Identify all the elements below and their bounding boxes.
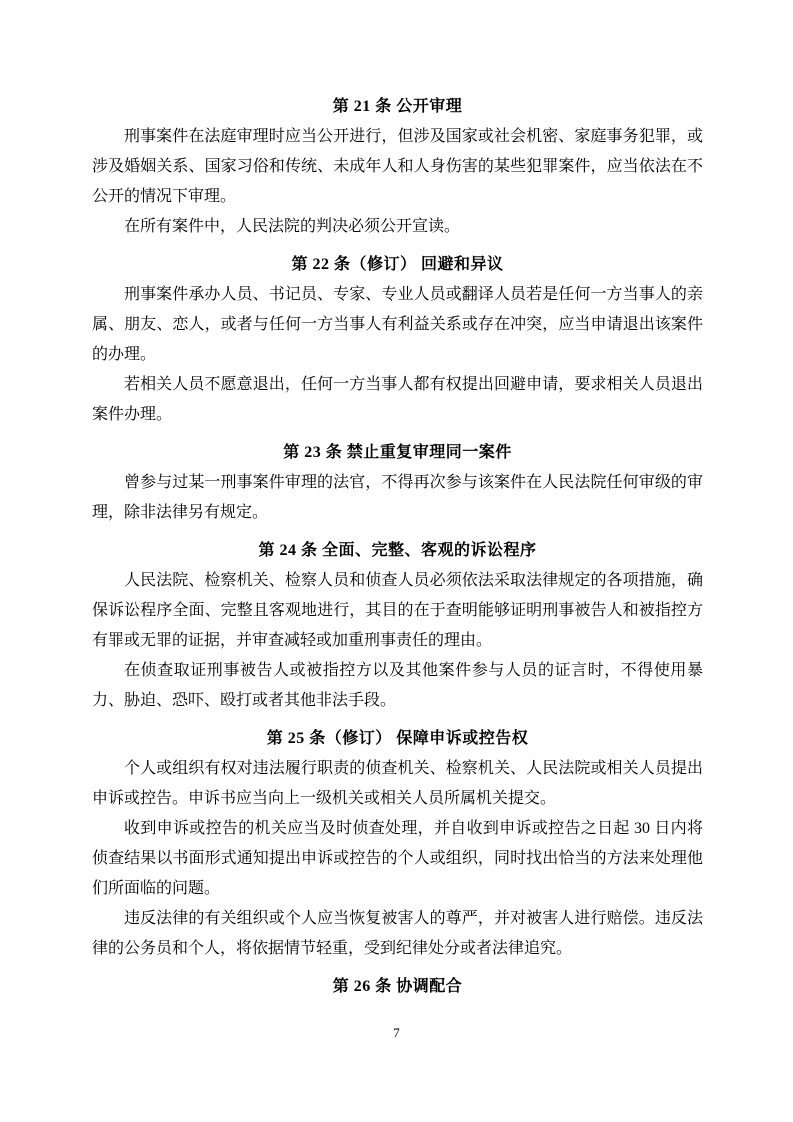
- article-paragraph: 刑事案件在法庭审理时应当公开进行，但涉及国家或社会机密、家庭事务犯罪，或涉及婚姻…: [92, 122, 703, 212]
- page-number: 7: [393, 1025, 400, 1040]
- article-24-heading: 第 24 条 全面、完整、客观的诉讼程序: [92, 536, 703, 566]
- document-page: 第 21 条 公开审理 刑事案件在法庭审理时应当公开进行，但涉及国家或社会机密、…: [0, 0, 793, 1122]
- article-paragraph: 刑事案件承办人员、书记员、专家、专业人员或翻译人员若是任何一方当事人的亲属、朋友…: [92, 280, 703, 370]
- article-paragraph: 个人或组织有权对违法履行职责的侦查机关、检察机关、人民法院或相关人员提出申诉或控…: [92, 754, 703, 814]
- article-25-section: 第 25 条（修订） 保障申诉或控告权 个人或组织有权对违法履行职责的侦查机关、…: [92, 724, 703, 964]
- page-footer: 7: [0, 1024, 793, 1042]
- article-21-heading: 第 21 条 公开审理: [92, 92, 703, 122]
- article-paragraph: 违反法律的有关组织或个人应当恢复被害人的尊严，并对被害人进行赔偿。违反法律的公务…: [92, 904, 703, 964]
- article-26-heading: 第 26 条 协调配合: [92, 972, 703, 1002]
- article-23-section: 第 23 条 禁止重复审理同一案件 曾参与过某一刑事案件审理的法官，不得再次参与…: [92, 438, 703, 528]
- article-25-heading: 第 25 条（修订） 保障申诉或控告权: [92, 724, 703, 754]
- article-paragraph: 人民法院、检察机关、检察人员和侦查人员必须依法采取法律规定的各项措施，确保诉讼程…: [92, 566, 703, 656]
- article-26-section: 第 26 条 协调配合: [92, 972, 703, 1002]
- article-paragraph: 曾参与过某一刑事案件审理的法官，不得再次参与该案件在人民法院任何审级的审理，除非…: [92, 468, 703, 528]
- article-paragraph: 收到申诉或控告的机关应当及时侦查处理，并自收到申诉或控告之日起 30 日内将侦查…: [92, 814, 703, 904]
- article-22-heading: 第 22 条（修订） 回避和异议: [92, 250, 703, 280]
- article-22-section: 第 22 条（修订） 回避和异议 刑事案件承办人员、书记员、专家、专业人员或翻译…: [92, 250, 703, 430]
- article-paragraph: 若相关人员不愿意退出，任何一方当事人都有权提出回避申请，要求相关人员退出案件办理…: [92, 370, 703, 430]
- article-23-heading: 第 23 条 禁止重复审理同一案件: [92, 438, 703, 468]
- article-paragraph: 在所有案件中，人民法院的判决必须公开宣读。: [92, 212, 703, 242]
- article-21-section: 第 21 条 公开审理 刑事案件在法庭审理时应当公开进行，但涉及国家或社会机密、…: [92, 92, 703, 242]
- page-content: 第 21 条 公开审理 刑事案件在法庭审理时应当公开进行，但涉及国家或社会机密、…: [92, 92, 703, 1002]
- article-24-section: 第 24 条 全面、完整、客观的诉讼程序 人民法院、检察机关、检察人员和侦查人员…: [92, 536, 703, 716]
- article-paragraph: 在侦查取证刑事被告人或被指控方以及其他案件参与人员的证言时，不得使用暴力、胁迫、…: [92, 656, 703, 716]
